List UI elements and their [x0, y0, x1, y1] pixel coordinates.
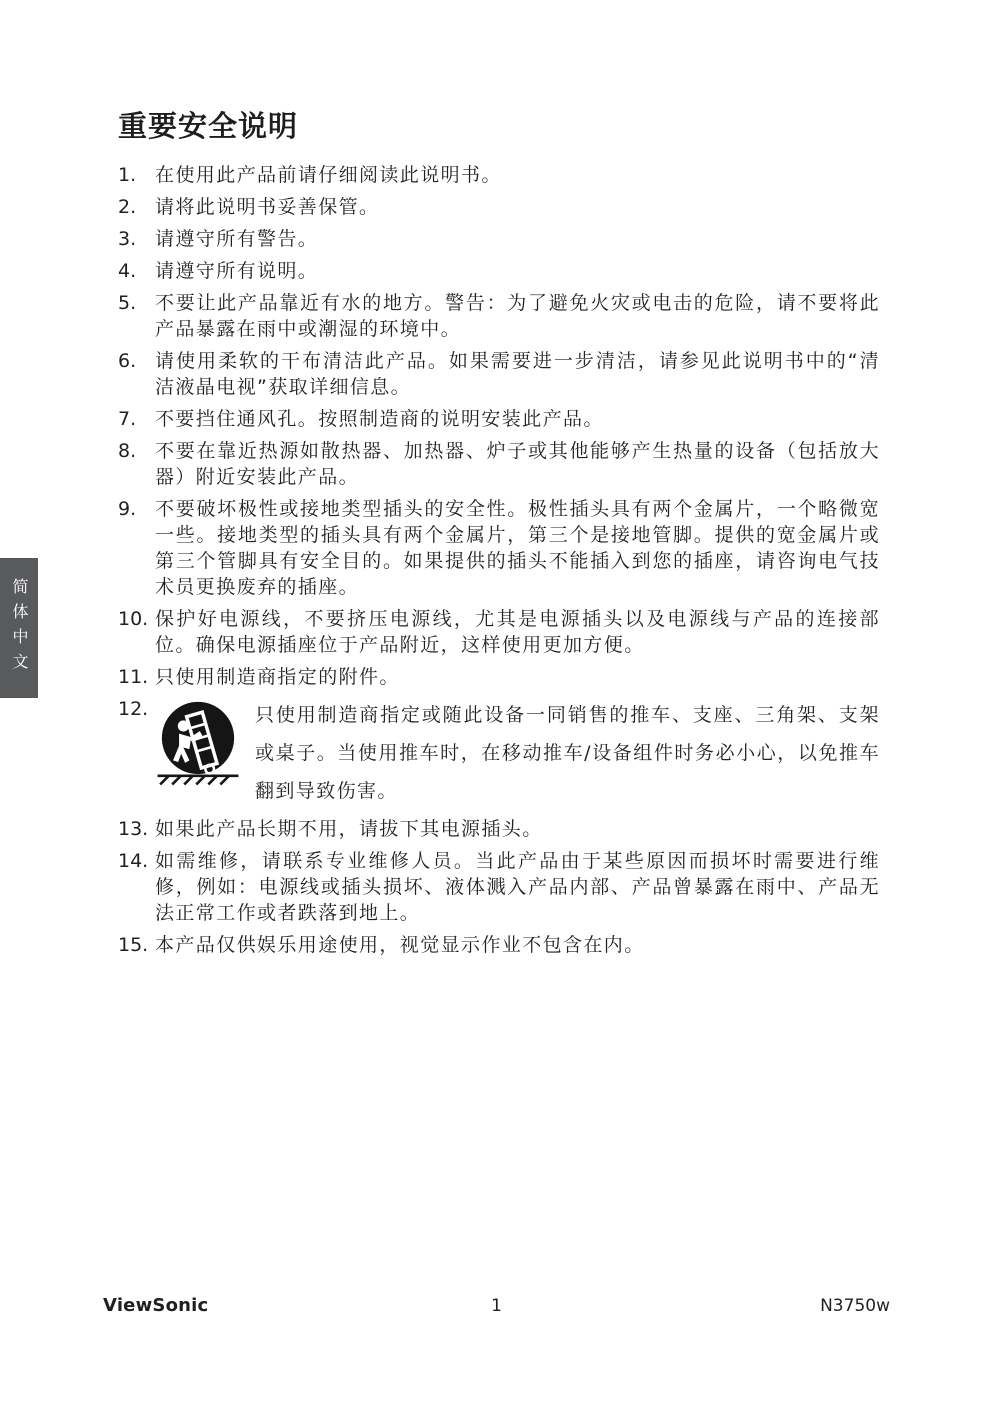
item-number: 14.: [118, 848, 155, 926]
item-body: 如果此产品长期不用，请拔下其电源插头。: [155, 816, 880, 842]
safety-instructions-list: 1.: [118, 162, 880, 958]
item-text: 请遵守所有警告。: [155, 228, 318, 250]
safety-list-item: 7.: [118, 406, 880, 432]
item-number: 13.: [118, 816, 155, 842]
item-body: 不要让此产品靠近有水的地方。警告：为了避免火灾或电击的危险，请不要将此产品暴露在…: [155, 290, 880, 342]
item-number: 8.: [118, 438, 155, 490]
item-text: 如果此产品长期不用，请拔下其电源插头。: [155, 818, 543, 840]
safety-list-item: 11.: [118, 664, 880, 690]
item-body: 本产品仅供娱乐用途使用，视觉显示作业不包含在内。: [155, 932, 880, 958]
item-text: 如需维修，请联系专业维修人员。当此产品由于某些原因而损坏时需要进行维修，例如：电…: [155, 850, 880, 924]
item-text: 请将此说明书妥善保管。: [155, 196, 379, 218]
item-body: 不要破坏极性或接地类型插头的安全性。极性插头具有两个金属片，一个略微宽一些。接地…: [155, 496, 880, 600]
item-number: 11.: [118, 664, 155, 690]
model-number: N3750w: [628, 1296, 890, 1316]
language-tab: 简体中文: [0, 558, 38, 698]
safety-list-item: 13.: [118, 816, 880, 842]
item-number: 3.: [118, 226, 155, 252]
item-text: 只使用制造商指定或随此设备一同销售的推车、支座、三角架、支架或桌子。当使用推车时…: [255, 696, 880, 810]
item-number: 7.: [118, 406, 155, 432]
item-body: 请将此说明书妥善保管。: [155, 194, 880, 220]
cart-tip-warning-icon: [155, 698, 241, 790]
language-tab-label: 简体中文: [0, 578, 38, 678]
safety-list-item: 15.: [118, 932, 880, 958]
item-text: 不要在靠近热源如散热器、加热器、炉子或其他能够产生热量的设备（包括放大器）附近安…: [155, 440, 880, 488]
item-body: 请遵守所有警告。: [155, 226, 880, 252]
item-text: 请遵守所有说明。: [155, 260, 318, 282]
item-number: 2.: [118, 194, 155, 220]
item-text: 保护好电源线，不要挤压电源线，尤其是电源插头以及电源线与产品的连接部位。确保电源…: [155, 608, 880, 656]
item-body: 如需维修，请联系专业维修人员。当此产品由于某些原因而损坏时需要进行维修，例如：电…: [155, 848, 880, 926]
item-body: 保护好电源线，不要挤压电源线，尤其是电源插头以及电源线与产品的连接部位。确保电源…: [155, 606, 880, 658]
item-text: 不要让此产品靠近有水的地方。警告：为了避免火灾或电击的危险，请不要将此产品暴露在…: [155, 292, 880, 340]
item-body: 只使用制造商指定或随此设备一同销售的推车、支座、三角架、支架或桌子。当使用推车时…: [155, 696, 880, 810]
safety-list-item: 14.: [118, 848, 880, 926]
manual-page: 简体中文 重要安全说明 1.: [0, 0, 993, 1404]
item-number: 10.: [118, 606, 155, 658]
item-text: 请使用柔软的干布清洁此产品。如果需要进一步清洁，请参见此说明书中的“清洁液晶电视…: [155, 350, 880, 398]
item-text: 只使用制造商指定的附件。: [155, 666, 400, 688]
item-number: 5.: [118, 290, 155, 342]
safety-list-item: 3.: [118, 226, 880, 252]
safety-list-item: 6.: [118, 348, 880, 400]
item-text: 在使用此产品前请仔细阅读此说明书。: [155, 164, 502, 186]
safety-list-item: 8.: [118, 438, 880, 490]
item-body: 在使用此产品前请仔细阅读此说明书。: [155, 162, 880, 188]
item-number: 12.: [118, 696, 155, 810]
safety-list-item: 4.: [118, 258, 880, 284]
item-number: 9.: [118, 496, 155, 600]
brand-name: ViewSonic: [103, 1295, 365, 1316]
item-body: 请使用柔软的干布清洁此产品。如果需要进一步清洁，请参见此说明书中的“清洁液晶电视…: [155, 348, 880, 400]
page-content: 重要安全说明 1.: [118, 104, 880, 964]
safety-list-item: 10.: [118, 606, 880, 658]
page-number: 1: [365, 1296, 627, 1316]
item-text: 不要挡住通风孔。按照制造商的说明安装此产品。: [155, 408, 604, 430]
safety-list-item: 1.: [118, 162, 880, 188]
item-number: 15.: [118, 932, 155, 958]
page-title: 重要安全说明: [118, 104, 880, 145]
item-body: 不要在靠近热源如散热器、加热器、炉子或其他能够产生热量的设备（包括放大器）附近安…: [155, 438, 880, 490]
safety-list-item: 2.: [118, 194, 880, 220]
item-body: 不要挡住通风孔。按照制造商的说明安装此产品。: [155, 406, 880, 432]
item-number: 6.: [118, 348, 155, 400]
item-number: 4.: [118, 258, 155, 284]
safety-list-item: 5.: [118, 290, 880, 342]
safety-list-item: 9.: [118, 496, 880, 600]
item-body: 只使用制造商指定的附件。: [155, 664, 880, 690]
item-text: 不要破坏极性或接地类型插头的安全性。极性插头具有两个金属片，一个略微宽一些。接地…: [155, 498, 880, 598]
safety-list-item: 12.: [118, 696, 880, 810]
item-body: 请遵守所有说明。: [155, 258, 880, 284]
item-number: 1.: [118, 162, 155, 188]
item-text: 本产品仅供娱乐用途使用，视觉显示作业不包含在内。: [155, 934, 645, 956]
page-footer: ViewSonic 1 N3750w: [103, 1295, 890, 1316]
